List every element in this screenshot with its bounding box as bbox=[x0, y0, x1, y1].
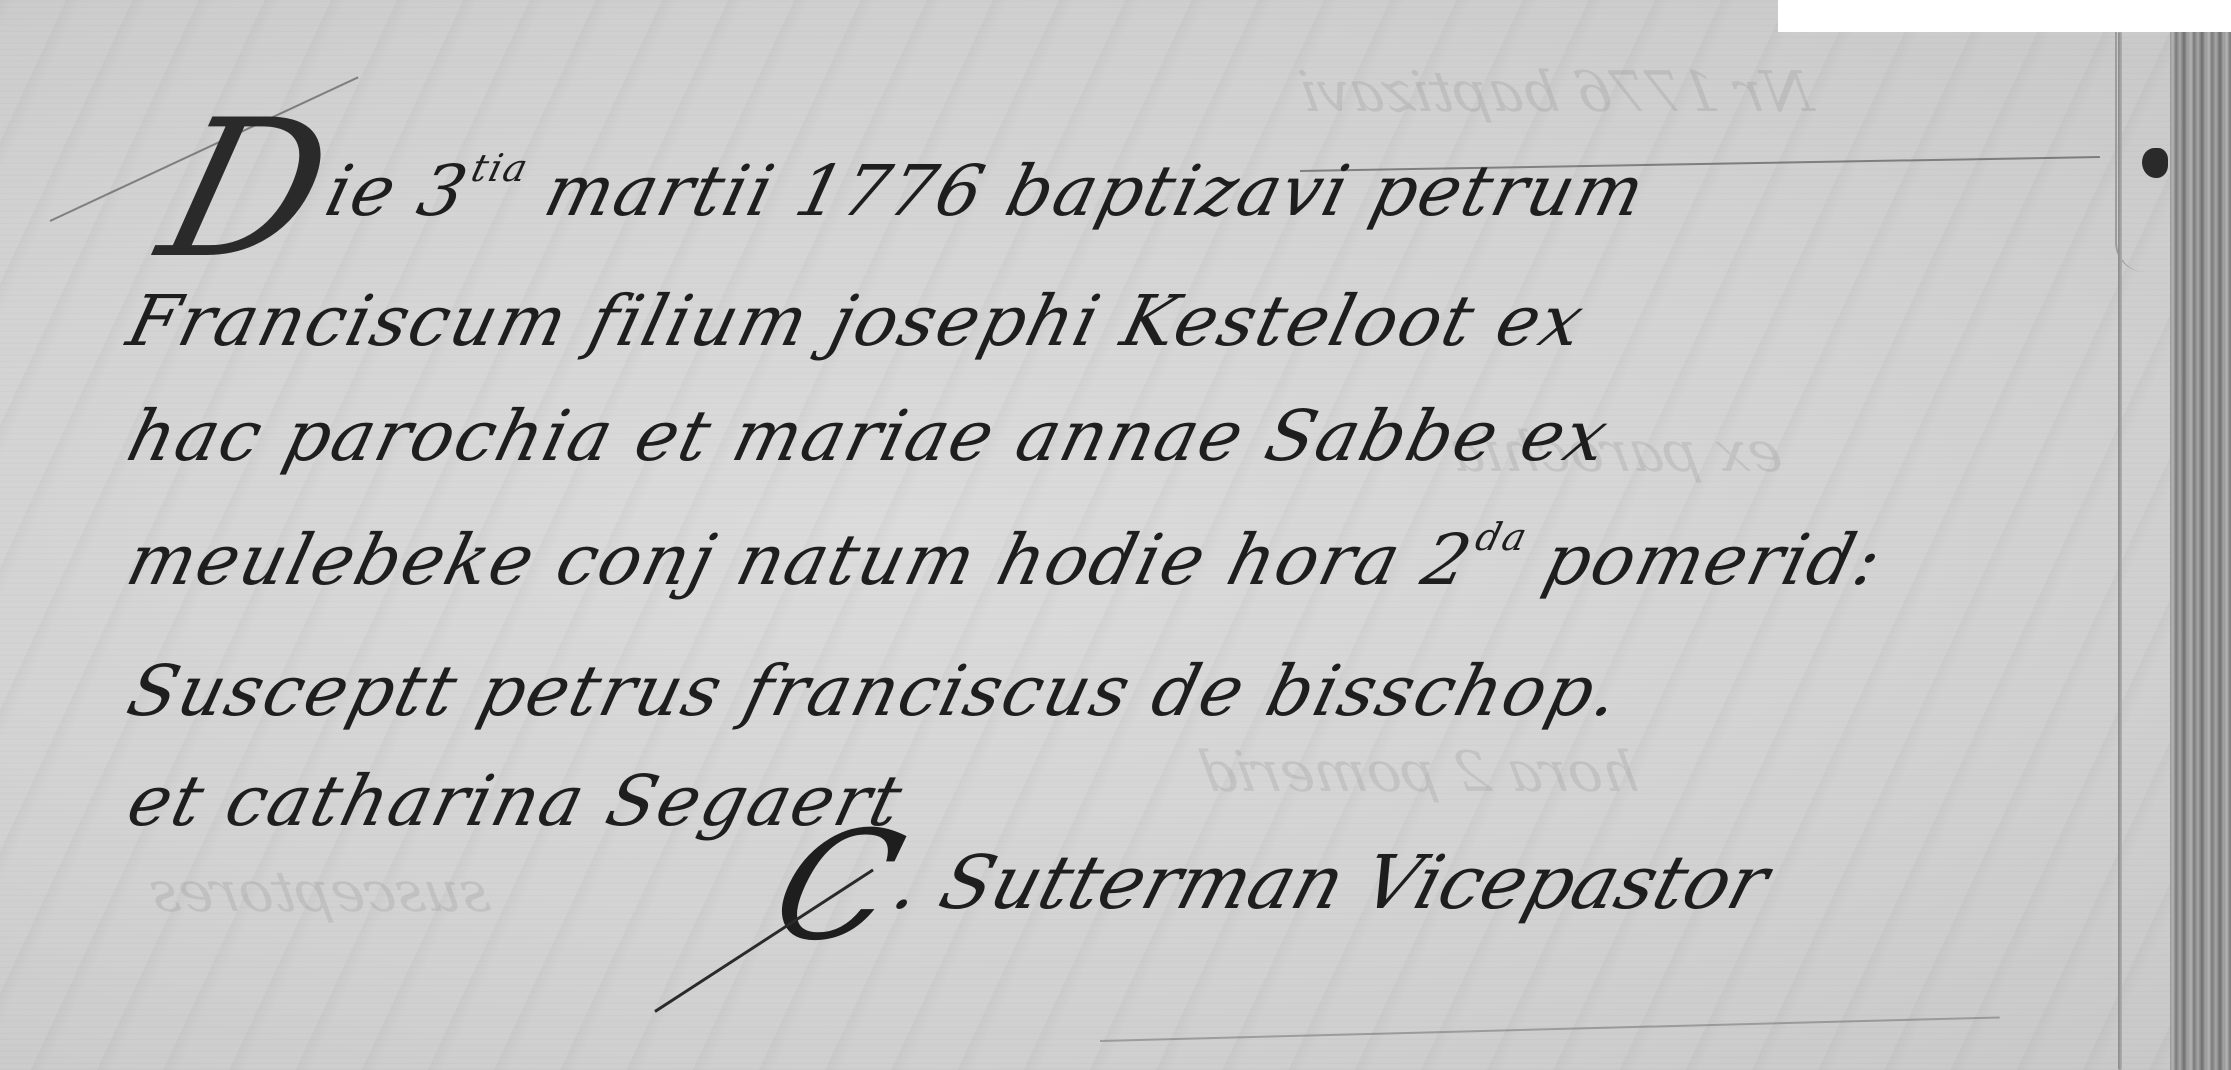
bleed-through-text: hora 2 pomerid bbox=[1194, 740, 1643, 805]
book-binding bbox=[2170, 32, 2231, 1070]
page-edge bbox=[2118, 32, 2122, 1070]
entry-line-3: hac parochia et mariae annae Sabbe ex bbox=[120, 395, 1618, 477]
decorated-initial: D bbox=[143, 79, 352, 300]
entry-line-4: meulebeke conj natum hodie hora 2da pome… bbox=[119, 515, 1892, 601]
entry-line-5: Susceptt petrus franciscus de bisschop. bbox=[120, 650, 1630, 732]
ink-blot bbox=[2142, 148, 2168, 178]
entry-line-1: Die 3tia martii 1776 baptizavi petrum bbox=[146, 95, 1668, 285]
bleed-through-text: susceptores bbox=[144, 860, 494, 925]
entry-line-6: et catharina Segaert bbox=[120, 760, 912, 842]
officiant-signature: C. Sutterman Vicepastor bbox=[755, 800, 1789, 974]
crop-margin bbox=[1778, 0, 2231, 32]
ink-stroke bbox=[1100, 1016, 2000, 1042]
entry-line-2: Franciscum filium josephi Kesteloot ex bbox=[120, 280, 1594, 362]
document-scan: Nr 1776 baptizavi ex parochia hora 2 pom… bbox=[0, 0, 2231, 1070]
